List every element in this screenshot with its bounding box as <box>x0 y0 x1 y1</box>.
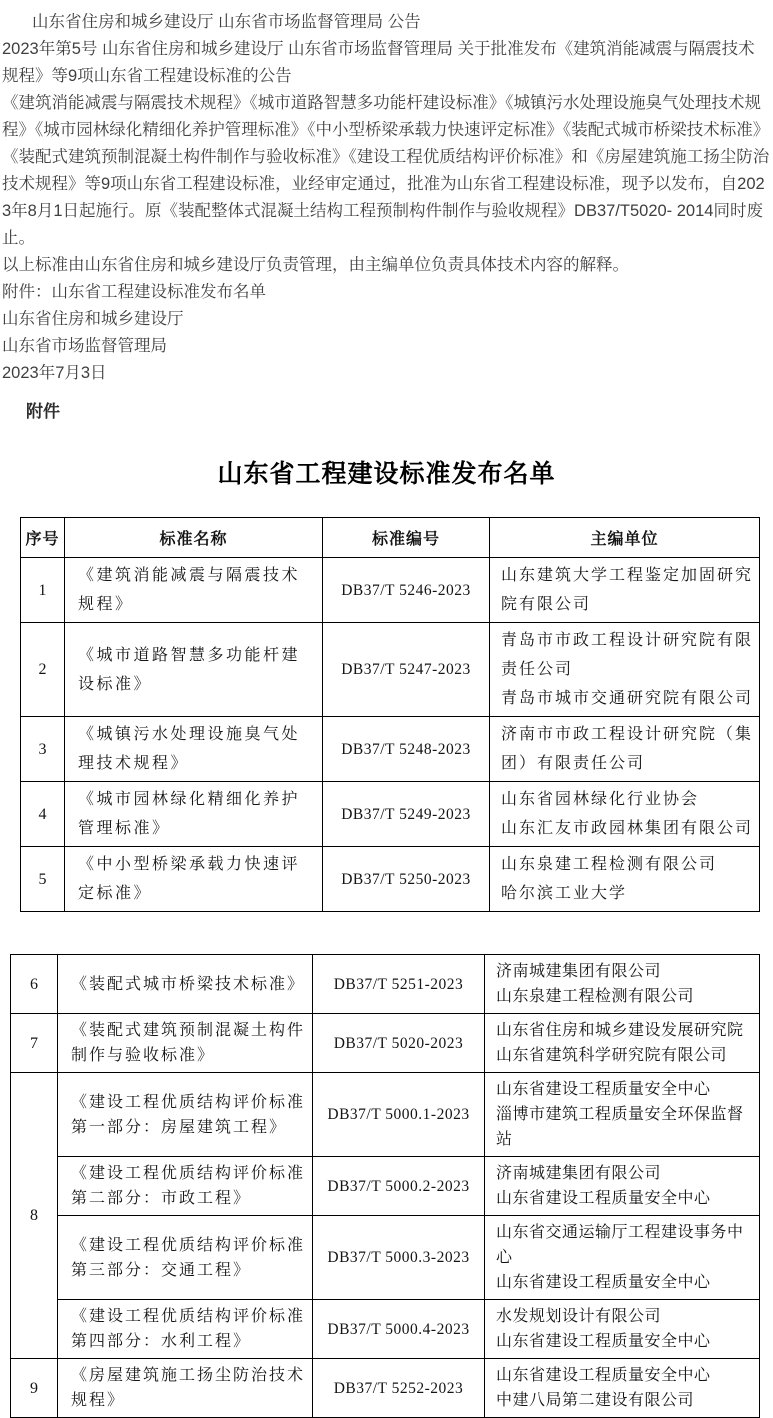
standard-name: 《建设工程优质结构评价标准 第一部分：房屋建筑工程》 <box>58 1073 313 1157</box>
standard-name: 《城市园林绿化精细化养护管理标准》 <box>65 782 323 847</box>
chief-editor-org: 山东建筑大学工程鉴定加固研究院有限公司 <box>490 558 760 623</box>
standard-code: DB37/T 5249-2023 <box>323 782 490 847</box>
row-index: 3 <box>21 717 65 782</box>
chief-editor-org: 青岛市市政工程设计研究院有限责任公司 青岛市城市交通研究院有限公司 <box>490 623 760 717</box>
table-row: 2 《城市道路智慧多功能杆建设标准》 DB37/T 5247-2023 青岛市市… <box>21 623 760 717</box>
chief-editor-org: 济南市市政工程设计研究院（集团）有限责任公司 <box>490 717 760 782</box>
standard-name: 《城镇污水处理设施臭气处理技术规程》 <box>65 717 323 782</box>
standard-name: 《装配式城市桥梁技术标准》 <box>58 955 313 1014</box>
table-header-row: 序号 标准名称 标准编号 主编单位 <box>21 518 760 558</box>
table-row: 9 《房屋建筑施工扬尘防治技术规程》 DB37/T 5252-2023 山东省建… <box>11 1359 760 1418</box>
table-row: 4 《城市园林绿化精细化养护管理标准》 DB37/T 5249-2023 山东省… <box>21 782 760 847</box>
announcement-body-paragraph: 《建筑消能减震与隔震技术规程》《城市道路智慧多功能杆建设标准》《城镇污水处理设施… <box>2 90 771 252</box>
standard-code: DB37/T 5246-2023 <box>323 558 490 623</box>
attachment-heading: 附件 <box>26 397 771 422</box>
issuer-line-market-bureau: 山东省市场监督管理局 <box>2 333 771 360</box>
header-index: 序号 <box>21 518 65 558</box>
header-standard-name: 标准名称 <box>65 518 323 558</box>
standard-code: DB37/T 5000.1-2023 <box>313 1073 485 1157</box>
standard-code: DB37/T 5247-2023 <box>323 623 490 717</box>
chief-editor-org: 济南城建集团有限公司 山东泉建工程检测有限公司 <box>485 955 760 1014</box>
standard-code: DB37/T 5250-2023 <box>323 847 490 912</box>
row-index: 6 <box>11 955 58 1014</box>
chief-editor-org: 济南城建集团有限公司 山东省建设工程质量安全中心 <box>485 1157 760 1216</box>
announcement-subject-line: 2023年第5号 山东省住房和城乡建设厅 山东省市场监督管理局 关于批准发布《建… <box>2 36 771 90</box>
standards-table-page1: 序号 标准名称 标准编号 主编单位 1 《建筑消能减震与隔震技术规程》 DB37… <box>20 517 760 912</box>
standard-name: 《建设工程优质结构评价标准 第三部分：交通工程》 <box>58 1216 313 1300</box>
table-row: 5 《中小型桥梁承载力快速评定标准》 DB37/T 5250-2023 山东泉建… <box>21 847 760 912</box>
standard-name: 《装配式建筑预制混凝土构件制作与验收标准》 <box>58 1014 313 1073</box>
standard-code: DB37/T 5020-2023 <box>313 1014 485 1073</box>
standard-code: DB37/T 5251-2023 <box>313 955 485 1014</box>
issuer-line-housing-dept: 山东省住房和城乡建设厅 <box>2 306 771 333</box>
chief-editor-org: 山东省建设工程质量安全中心 中建八局第二建设有限公司 <box>485 1359 760 1418</box>
standard-name: 《房屋建筑施工扬尘防治技术规程》 <box>58 1359 313 1418</box>
standard-name: 《建设工程优质结构评价标准 第二部分：市政工程》 <box>58 1157 313 1216</box>
announcement-header-line: 山东省住房和城乡建设厅 山东省市场监督管理局 公告 <box>2 9 771 36</box>
chief-editor-org: 水发规划设计有限公司 山东省建设工程质量安全中心 <box>485 1300 760 1359</box>
chief-editor-org: 山东省住房和城乡建设发展研究院 山东省建筑科学研究院有限公司 <box>485 1014 760 1073</box>
standard-code: DB37/T 5000.2-2023 <box>313 1157 485 1216</box>
standard-code: DB37/T 5252-2023 <box>313 1359 485 1418</box>
chief-editor-org: 山东省园林绿化行业协会 山东汇友市政园林集团有限公司 <box>490 782 760 847</box>
management-note-paragraph: 以上标准由山东省住房和城乡建设厅负责管理，由主编单位负责具体技术内容的解释。 <box>2 252 771 279</box>
standards-table-page2: 6 《装配式城市桥梁技术标准》 DB37/T 5251-2023 济南城建集团有… <box>10 954 760 1418</box>
table-row: 《建设工程优质结构评价标准 第三部分：交通工程》 DB37/T 5000.3-2… <box>11 1216 760 1300</box>
row-index: 1 <box>21 558 65 623</box>
row-index: 9 <box>11 1359 58 1418</box>
chief-editor-org: 山东省交通运输厅工程建设事务中心 山东省建设工程质量安全中心 <box>485 1216 760 1300</box>
row-index: 4 <box>21 782 65 847</box>
row-index: 2 <box>21 623 65 717</box>
standard-name: 《建筑消能减震与隔震技术规程》 <box>65 558 323 623</box>
table-row: 7 《装配式建筑预制混凝土构件制作与验收标准》 DB37/T 5020-2023… <box>11 1014 760 1073</box>
standard-code: DB37/T 5000.4-2023 <box>313 1300 485 1359</box>
standard-name: 《建设工程优质结构评价标准 第四部分：水利工程》 <box>58 1300 313 1359</box>
row-index: 5 <box>21 847 65 912</box>
header-standard-code: 标准编号 <box>323 518 490 558</box>
table-row: 3 《城镇污水处理设施臭气处理技术规程》 DB37/T 5248-2023 济南… <box>21 717 760 782</box>
standard-code: DB37/T 5248-2023 <box>323 717 490 782</box>
standard-code: DB37/T 5000.3-2023 <box>313 1216 485 1300</box>
row-index: 8 <box>11 1073 58 1359</box>
standard-name: 《城市道路智慧多功能杆建设标准》 <box>65 623 323 717</box>
attachment-reference-line: 附件：山东省工程建设标准发布名单 <box>2 279 771 306</box>
issue-date-line: 2023年7月3日 <box>2 360 771 387</box>
chief-editor-org: 山东省建设工程质量安全中心 淄博市建筑工程质量安全环保监督站 <box>485 1073 760 1157</box>
chief-editor-org: 山东泉建工程检测有限公司 哈尔滨工业大学 <box>490 847 760 912</box>
announcement-document: 山东省住房和城乡建设厅 山东省市场监督管理局 公告 2023年第5号 山东省住房… <box>0 0 773 1418</box>
standard-name: 《中小型桥梁承载力快速评定标准》 <box>65 847 323 912</box>
table-row: 6 《装配式城市桥梁技术标准》 DB37/T 5251-2023 济南城建集团有… <box>11 955 760 1014</box>
table-row: 《建设工程优质结构评价标准 第二部分：市政工程》 DB37/T 5000.2-2… <box>11 1157 760 1216</box>
table-row: 1 《建筑消能减震与隔震技术规程》 DB37/T 5246-2023 山东建筑大… <box>21 558 760 623</box>
table-row: 8 《建设工程优质结构评价标准 第一部分：房屋建筑工程》 DB37/T 5000… <box>11 1073 760 1157</box>
header-chief-org: 主编单位 <box>490 518 760 558</box>
table-row: 《建设工程优质结构评价标准 第四部分：水利工程》 DB37/T 5000.4-2… <box>11 1300 760 1359</box>
standards-list-title: 山东省工程建设标准发布名单 <box>2 454 771 490</box>
row-index: 7 <box>11 1014 58 1073</box>
